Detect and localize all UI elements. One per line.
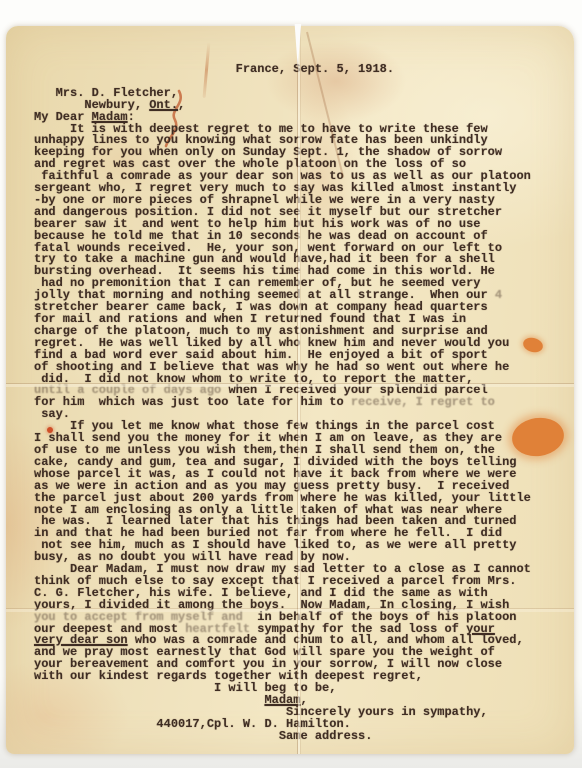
letter-line: for him which was just too late for him …: [34, 397, 558, 409]
letter-text: France, Sept. 5, 1918. Mrs. D. Fletcher,…: [34, 64, 558, 743]
letter-page: France, Sept. 5, 1918. Mrs. D. Fletcher,…: [6, 26, 574, 754]
letter-line: Same address.: [34, 731, 558, 743]
letter-line: France, Sept. 5, 1918.: [34, 64, 558, 76]
